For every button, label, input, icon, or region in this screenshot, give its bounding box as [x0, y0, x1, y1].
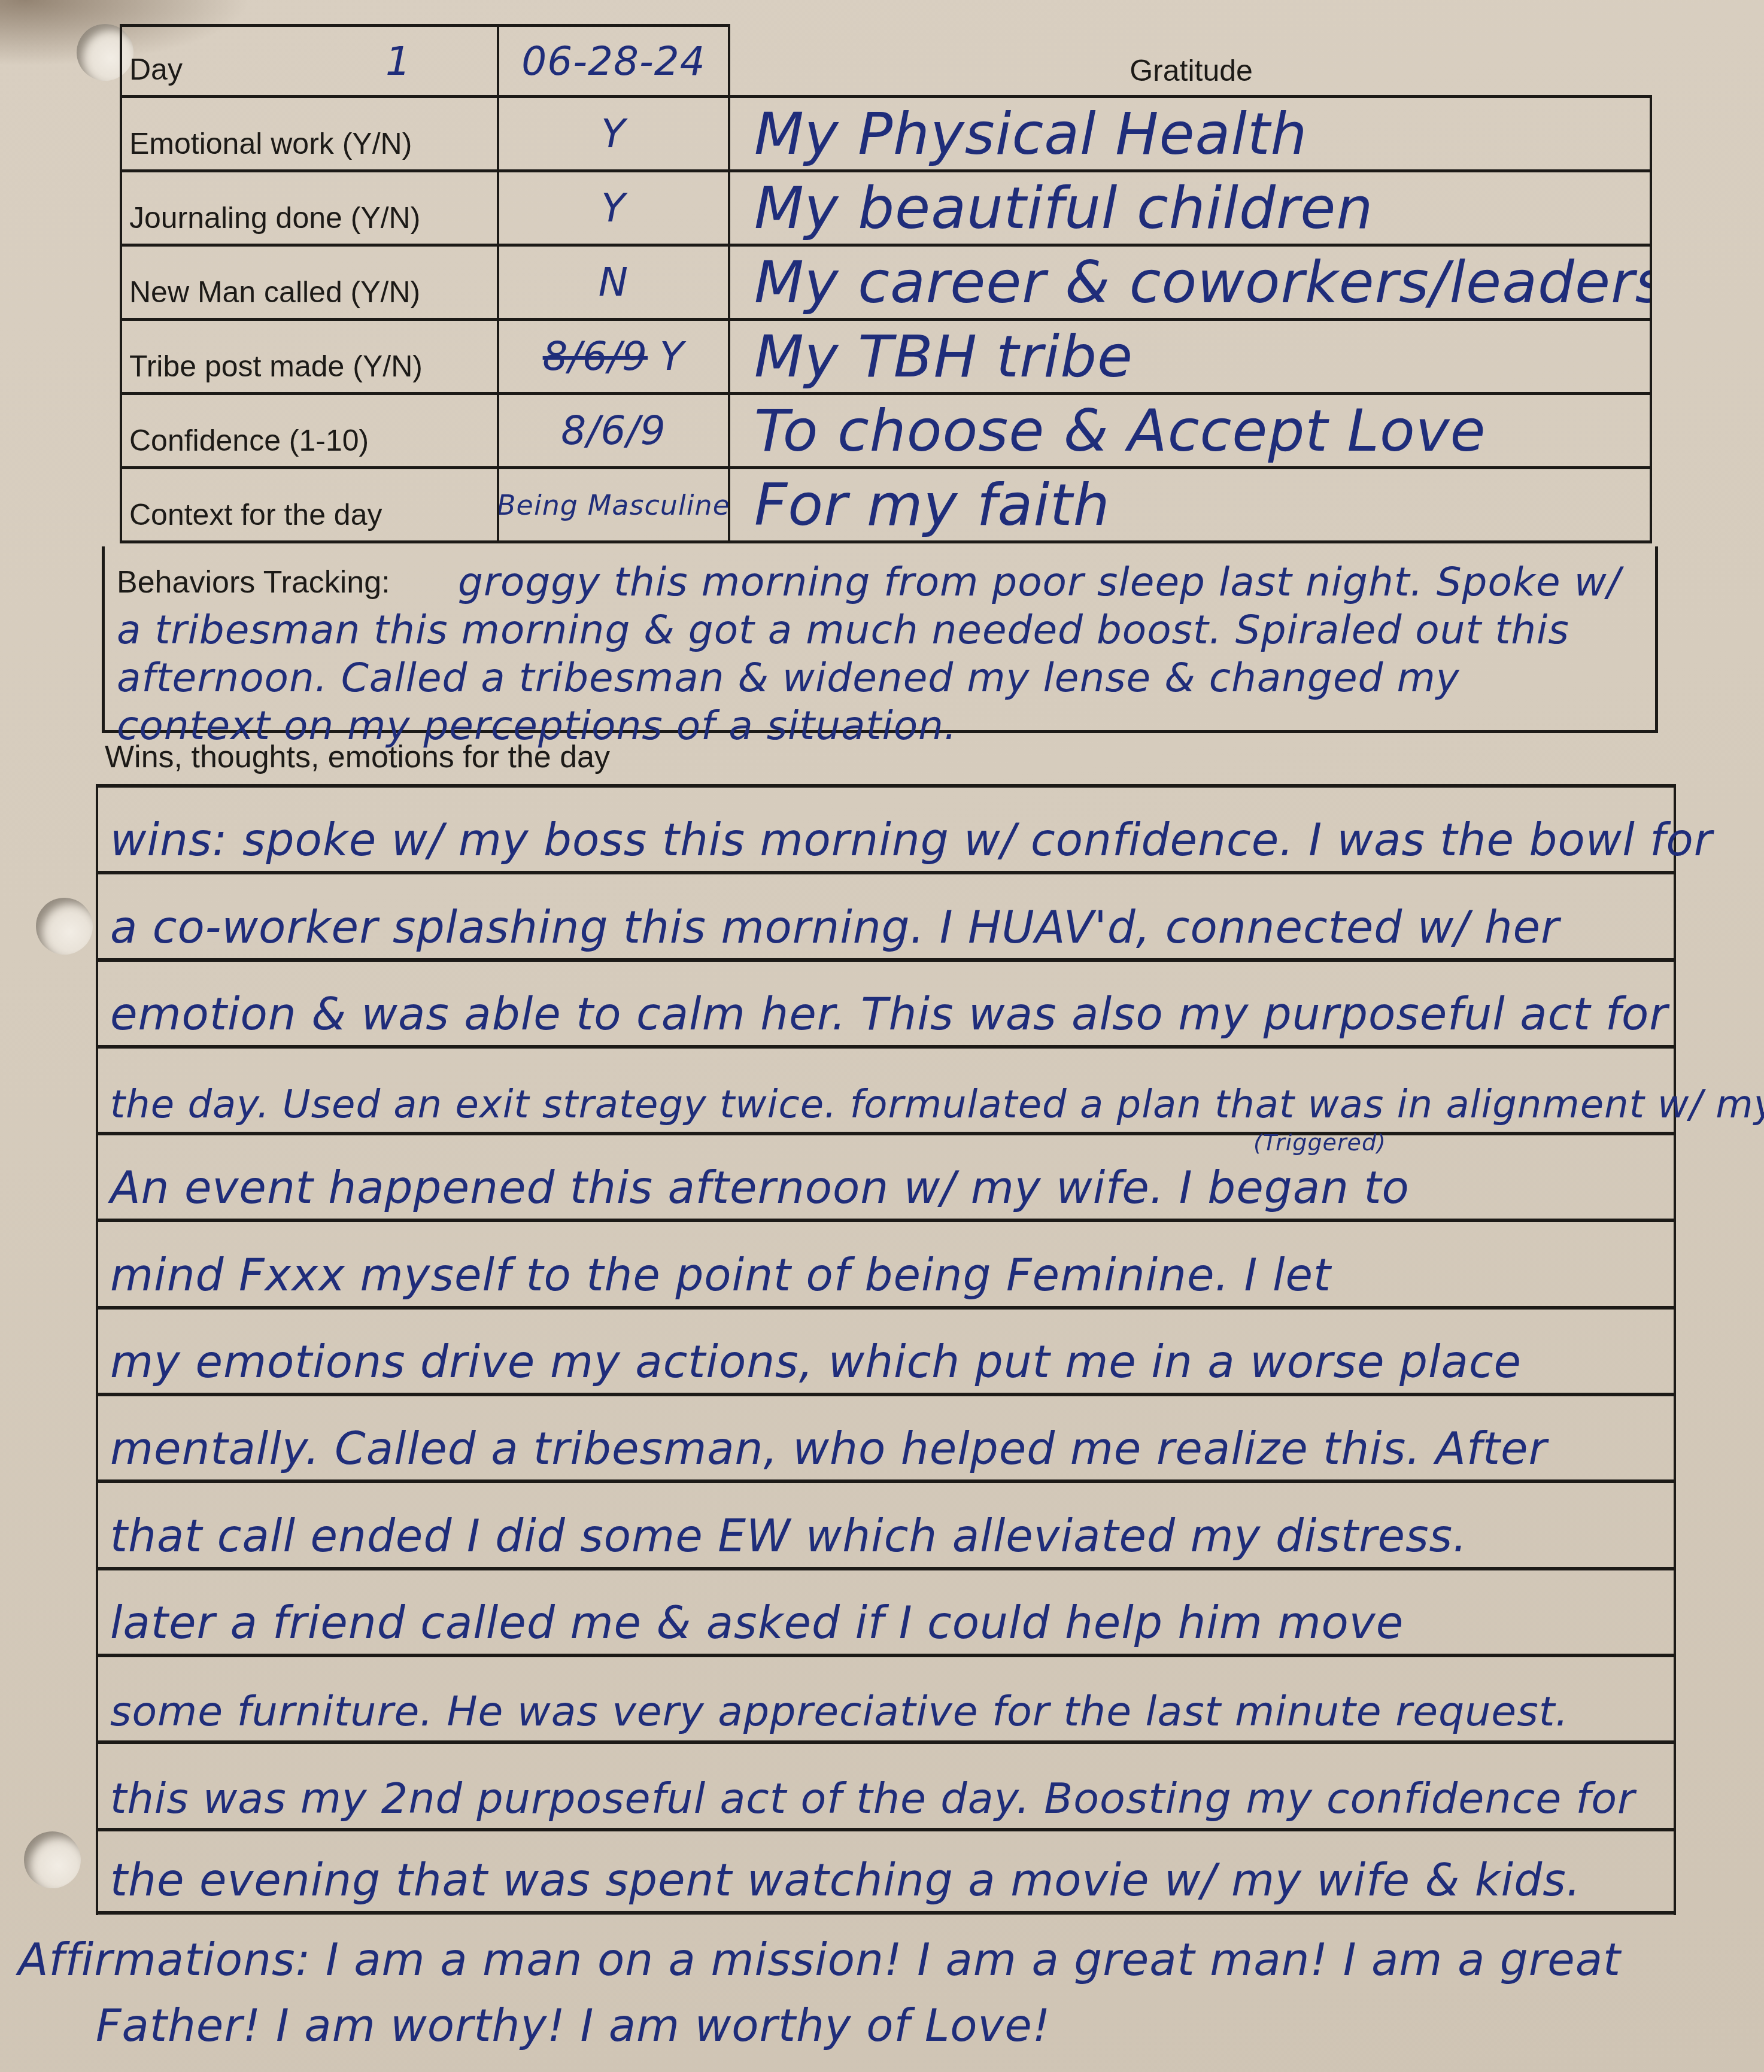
gratitude-header: Gratitude — [730, 24, 1652, 98]
gratitude-item: My career & coworkers/leaders — [730, 247, 1652, 321]
struck-out-value: 8/6/9 — [543, 333, 648, 379]
tracking-row-journaling: Journaling done (Y/N) Y My beautiful chi… — [120, 172, 1652, 247]
journal-line: mentally. Called a tribesman, who helped… — [98, 1393, 1674, 1479]
day-label: Day — [129, 52, 183, 87]
journal-line: some furniture. He was very appreciative… — [98, 1654, 1674, 1740]
binder-hole-bottom — [24, 1831, 81, 1888]
wins-section-label: Wins, thoughts, emotions for the day — [105, 739, 610, 775]
row-value: 8/6/9 — [497, 395, 730, 469]
journal-line: this was my 2nd purposeful act of the da… — [98, 1740, 1674, 1827]
gratitude-item: My beautiful children — [730, 172, 1652, 247]
journal-line: the day. Used an exit strategy twice. fo… — [98, 1045, 1674, 1132]
gratitude-item: For my faith — [730, 469, 1652, 543]
row-value: Being Masculine — [497, 469, 730, 543]
triggered-annotation: (Triggered) — [1253, 1129, 1386, 1156]
corrected-value: Y — [660, 333, 684, 379]
affirmations: Affirmations: I am a man on a mission! I… — [18, 1927, 1742, 2059]
behaviors-text: groggy this morning from poor sleep last… — [117, 558, 1625, 750]
behaviors-tracking-box: Behaviors Tracking: groggy this morning … — [102, 546, 1658, 733]
journal-line: emotion & was able to calm her. This was… — [98, 958, 1674, 1045]
affirmations-line-1: Affirmations: I am a man on a mission! I… — [18, 1934, 1621, 1986]
tracking-row-new-man-called: New Man called (Y/N) N My career & cowor… — [120, 247, 1652, 321]
journal-line: a co-worker splashing this morning. I HU… — [98, 871, 1674, 958]
tracking-row-context: Context for the day Being Masculine For … — [120, 469, 1652, 543]
journal-line: the evening that was spent watching a mo… — [98, 1828, 1674, 1915]
affirmations-line-2: Father! I am worthy! I am worthy of Love… — [18, 1993, 1742, 2059]
gratitude-item: My Physical Health — [730, 98, 1652, 172]
journal-line: my emotions drive my actions, which put … — [98, 1306, 1674, 1393]
journal-line: that call ended I did some EW which alle… — [98, 1479, 1674, 1566]
day-row: Day 1 06-28-24 Gratitude — [120, 24, 1652, 98]
day-number: 1 — [385, 38, 411, 84]
binder-hole-middle — [36, 898, 93, 955]
row-value: Y — [497, 98, 730, 172]
journal-line: mind Fxxx myself to the point of being F… — [98, 1219, 1674, 1305]
row-value: N — [497, 247, 730, 321]
row-label: Journaling done (Y/N) — [120, 172, 497, 247]
tracking-row-tribe-post: Tribe post made (Y/N) 8/6/9 Y My TBH tri… — [120, 321, 1652, 395]
day-label-cell: Day 1 — [120, 24, 497, 98]
row-value: 8/6/9 Y — [497, 321, 730, 395]
row-label: New Man called (Y/N) — [120, 247, 497, 321]
journal-line-text: An event happened this afternoon w/ my w… — [110, 1162, 1410, 1214]
tracking-row-emotional-work: Emotional work (Y/N) Y My Physical Healt… — [120, 98, 1652, 172]
gratitude-item: My TBH tribe — [730, 321, 1652, 395]
row-value: Y — [497, 172, 730, 247]
row-label: Emotional work (Y/N) — [120, 98, 497, 172]
wins-journal-box: wins: spoke w/ my boss this morning w/ c… — [96, 784, 1676, 1915]
gratitude-item: To choose & Accept Love — [730, 395, 1652, 469]
journal-line: wins: spoke w/ my boss this morning w/ c… — [98, 784, 1674, 871]
daily-tracking-table: Day 1 06-28-24 Gratitude Emotional work … — [120, 24, 1652, 543]
row-label: Context for the day — [120, 469, 497, 543]
row-label: Confidence (1-10) — [120, 395, 497, 469]
row-label: Tribe post made (Y/N) — [120, 321, 497, 395]
date-value: 06-28-24 — [497, 24, 730, 98]
journal-line: later a friend called me & asked if I co… — [98, 1567, 1674, 1654]
tracking-row-confidence: Confidence (1-10) 8/6/9 To choose & Acce… — [120, 395, 1652, 469]
journal-line: (Triggered) An event happened this after… — [98, 1132, 1674, 1219]
